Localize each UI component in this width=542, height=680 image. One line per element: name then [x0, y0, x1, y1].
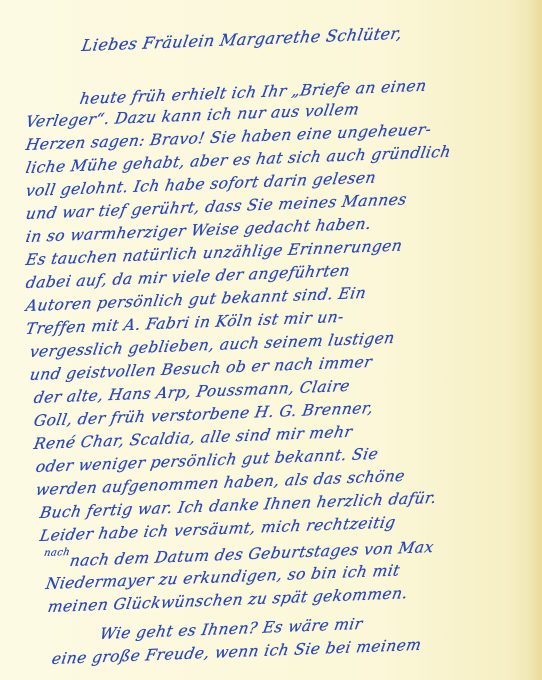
letter-page: Liebes Fräulein Margarethe Schlüter, heu… — [0, 0, 542, 680]
letter-salutation: Liebes Fräulein Margarethe Schlüter, — [80, 24, 404, 55]
paper-edge-shadow — [528, 0, 542, 680]
margin-insert: nach — [43, 547, 71, 559]
